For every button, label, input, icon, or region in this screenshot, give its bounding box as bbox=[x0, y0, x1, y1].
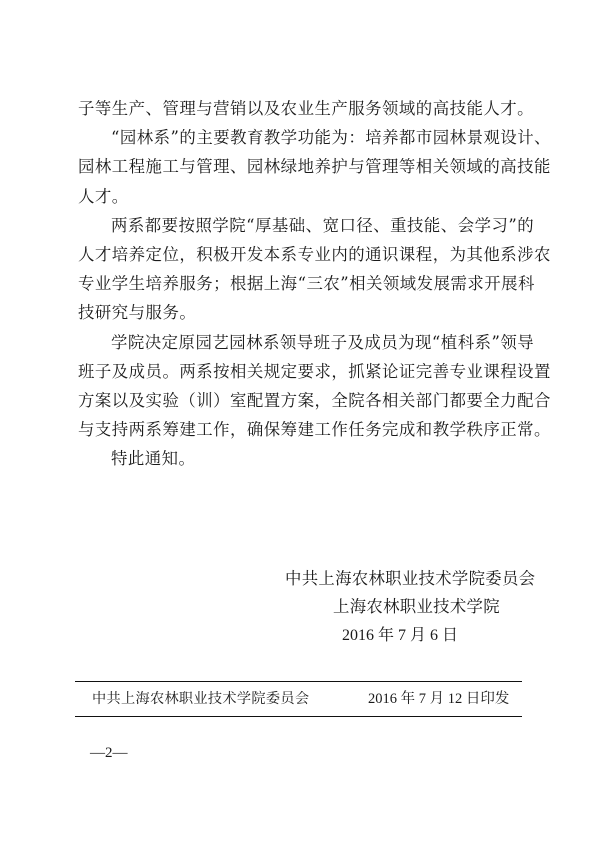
paragraph-2-line-1: “园林系”的主要教育教学功能为：培养都市园林景观设计、 bbox=[78, 123, 518, 152]
signature-issuer-party: 中共上海农林职业技术学院委员会 bbox=[285, 565, 535, 593]
signature-date: 2016 年 7 月 6 日 bbox=[342, 622, 458, 650]
paragraph-4-line-2: 班子及成员。两系按相关规定要求，抓紧论证完善专业课程设置 bbox=[78, 357, 518, 386]
footer-top-rule bbox=[75, 681, 522, 682]
paragraph-3-line-2: 人才培养定位，积极开发本系专业内的通识课程，为其他系涉农 bbox=[78, 240, 518, 269]
footer-issued-date: 2016 年 7 月 12 日印发 bbox=[368, 689, 509, 709]
paragraph-1-line-1: 子等生产、管理与营销以及农业生产服务领域的高技能人才。 bbox=[78, 94, 518, 123]
paragraph-4-line-4: 与支持两系筹建工作，确保筹建工作任务完成和教学秩序正常。 bbox=[78, 415, 518, 444]
footer-bottom-rule bbox=[75, 716, 522, 717]
closing-remark: 特此通知。 bbox=[78, 444, 518, 473]
paragraph-3-line-1: 两系都要按照学院“厚基础、宽口径、重技能、会学习”的 bbox=[78, 211, 518, 240]
footer-issuer: 中共上海农林职业技术学院委员会 bbox=[92, 689, 309, 709]
document-body: 子等生产、管理与营销以及农业生产服务领域的高技能人才。 “园林系”的主要教育教学… bbox=[78, 94, 518, 473]
page-number: —2— bbox=[90, 743, 128, 763]
paragraph-3-line-3: 专业学生培养服务；根据上海“三农”相关领域发展需求开展科 bbox=[78, 269, 518, 298]
paragraph-4-line-3: 方案以及实验（训）室配置方案，全院各相关部门都要全力配合 bbox=[78, 386, 518, 415]
paragraph-3-line-4: 技研究与服务。 bbox=[78, 298, 518, 327]
paragraph-4-line-1: 学院决定原园艺园林系领导班子及成员为现“植科系”领导 bbox=[78, 328, 518, 357]
paragraph-2-line-3: 人才。 bbox=[78, 182, 518, 211]
paragraph-2-line-2: 园林工程施工与管理、园林绿地养护与管理等相关领域的高技能 bbox=[78, 152, 518, 181]
signature-issuer-college: 上海农林职业技术学院 bbox=[333, 593, 500, 621]
document-page: 子等生产、管理与营销以及农业生产服务领域的高技能人才。 “园林系”的主要教育教学… bbox=[0, 0, 595, 842]
